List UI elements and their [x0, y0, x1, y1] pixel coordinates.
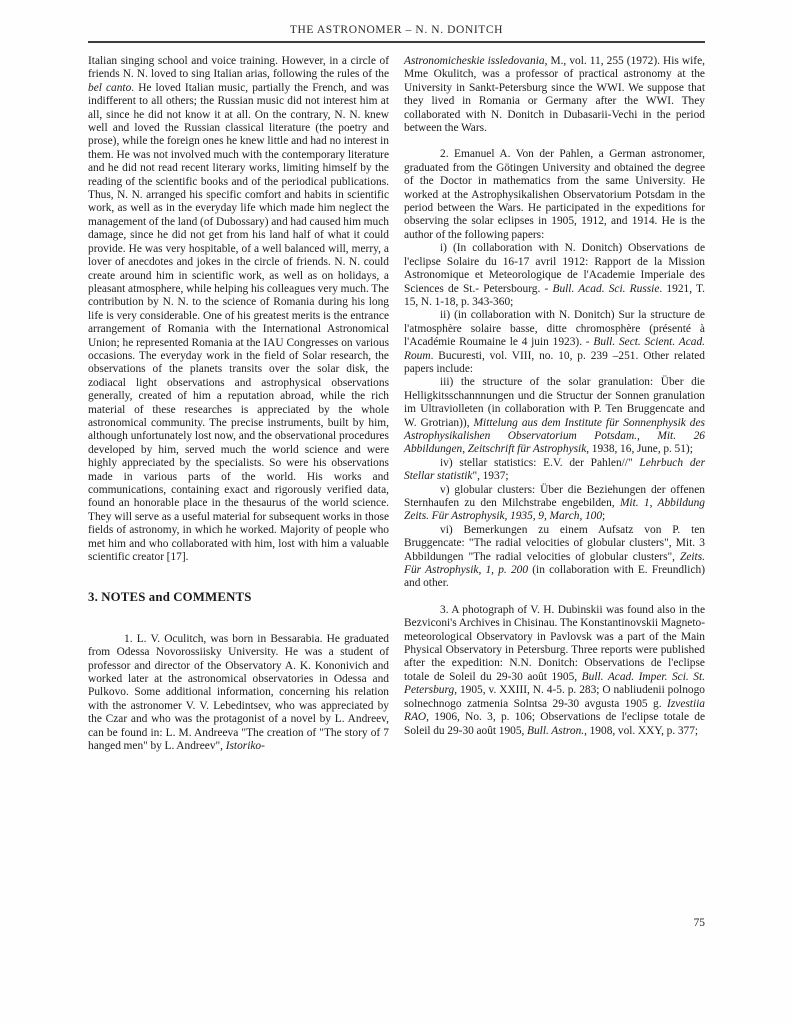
list-item-ii: ii) (in collaboration with N. Donitch) S…: [404, 309, 705, 376]
section-heading-notes-and-comments: 3. NOTES and COMMENTS: [88, 591, 389, 604]
body-paragraph: Italian singing school and voice trainin…: [88, 55, 389, 564]
list-item-iii: iii) the structure of the solar granulat…: [404, 376, 705, 456]
running-head-title: THE ASTRONOMER – N. N. DONITCH: [88, 24, 705, 36]
list-item-i: i) (In collaboration with N. Donitch) Ob…: [404, 242, 705, 309]
list-item-v: v) globular clusters: Über die Beziehung…: [404, 484, 705, 524]
paper-page: THE ASTRONOMER – N. N. DONITCH Italian s…: [0, 0, 791, 1024]
body-paragraph: Astronomicheskie issledovania, M., vol. …: [404, 55, 705, 135]
right-column: Astronomicheskie issledovania, M., vol. …: [404, 55, 705, 754]
left-column: Italian singing school and voice trainin…: [88, 55, 389, 754]
page-header: THE ASTRONOMER – N. N. DONITCH: [0, 0, 791, 43]
list-item-vi: vi) Bemerkungen zu einem Aufsatz von P. …: [404, 524, 705, 591]
note-item-1: 1. L. V. Oculitch, was born in Bessarabi…: [88, 633, 389, 754]
note-item-2: 2. Emanuel A. Von der Pahlen, a German a…: [404, 148, 705, 242]
two-column-body: Italian singing school and voice trainin…: [0, 43, 791, 754]
list-item-iv: iv) stellar statistics: E.V. der Pahlen/…: [404, 457, 705, 484]
note-item-3: 3. A photograph of V. H. Dubinskii was f…: [404, 604, 705, 738]
page-number: 75: [0, 917, 705, 929]
